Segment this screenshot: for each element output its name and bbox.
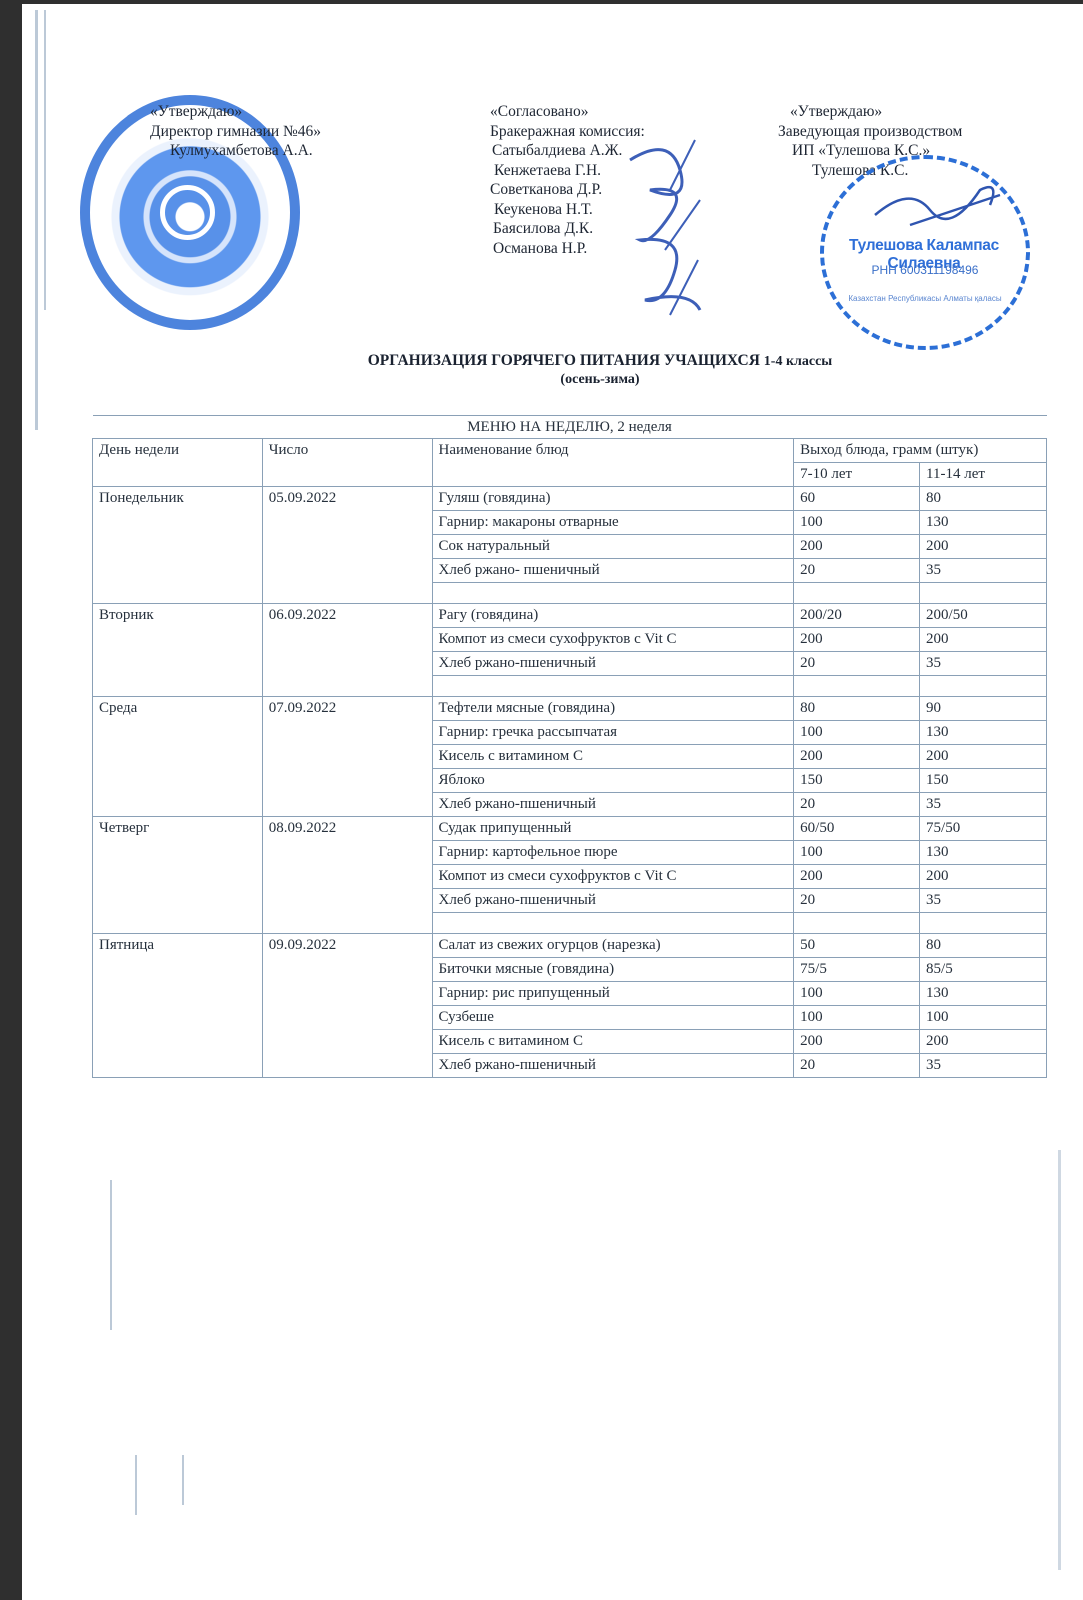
table-row: Пятница09.09.2022Салат из свежих огурцов… (93, 934, 1047, 958)
dish-cell: Хлеб ржано- пшеничный (432, 559, 794, 583)
yield-11-14-cell: 100 (920, 1006, 1047, 1030)
day-cell: Вторник (93, 604, 263, 697)
yield-7-10-cell: 20 (794, 559, 920, 583)
header-day: День недели (93, 439, 263, 487)
table-row: Среда07.09.2022Тефтели мясные (говядина)… (93, 697, 1047, 721)
day-cell: Четверг (93, 817, 263, 934)
yield-7-10-cell: 200 (794, 745, 920, 769)
yield-11-14-cell: 35 (920, 1054, 1047, 1078)
empty-cell (432, 676, 794, 697)
dish-cell: Хлеб ржано-пшеничный (432, 793, 794, 817)
dish-cell: Сок натуральный (432, 535, 794, 559)
dish-cell: Яблоко (432, 769, 794, 793)
date-cell: 08.09.2022 (262, 817, 432, 934)
dish-cell: Сузбеше (432, 1006, 794, 1030)
dish-cell: Гарнир: картофельное пюре (432, 841, 794, 865)
date-cell: 06.09.2022 (262, 604, 432, 697)
yield-7-10-cell: 100 (794, 511, 920, 535)
approval-heading: «Утверждаю» (150, 102, 321, 122)
yield-11-14-cell: 130 (920, 841, 1047, 865)
dish-cell: Компот из смеси сухофруктов с Vit C (432, 865, 794, 889)
yield-7-10-cell: 50 (794, 934, 920, 958)
scan-artifact (135, 1455, 137, 1515)
table-caption-row: МЕНЮ НА НЕДЕЛЮ, 2 неделя (93, 416, 1047, 439)
dish-cell: Рагу (говядина) (432, 604, 794, 628)
table-row: Вторник06.09.2022Рагу (говядина)200/2020… (93, 604, 1047, 628)
document-title: ОРГАНИЗАЦИЯ ГОРЯЧЕГО ПИТАНИЯ УЧАЩИХСЯ 1-… (0, 352, 1083, 370)
yield-11-14-cell: 35 (920, 889, 1047, 913)
empty-cell (432, 913, 794, 934)
yield-11-14-cell: 130 (920, 511, 1047, 535)
empty-cell (432, 583, 794, 604)
yield-11-14-cell: 200 (920, 628, 1047, 652)
approval-heading: «Утверждаю» (790, 102, 962, 122)
yield-11-14-cell: 150 (920, 769, 1047, 793)
yield-7-10-cell: 200 (794, 1030, 920, 1054)
document-subtitle: (осень-зима) (0, 372, 1083, 388)
yield-7-10-cell: 100 (794, 721, 920, 745)
yield-11-14-cell: 85/5 (920, 958, 1047, 982)
empty-cell (920, 583, 1047, 604)
day-cell: Среда (93, 697, 263, 817)
dish-cell: Гарнир: гречка рассыпчатая (432, 721, 794, 745)
dish-cell: Тефтели мясные (говядина) (432, 697, 794, 721)
table-row: Понедельник05.09.2022Гуляш (говядина)608… (93, 487, 1047, 511)
scan-artifact (1058, 1150, 1061, 1570)
yield-7-10-cell: 20 (794, 652, 920, 676)
day-cell: Понедельник (93, 487, 263, 604)
signature-icon (870, 175, 1010, 235)
header-dish: Наименование блюд (432, 439, 794, 487)
date-cell: 07.09.2022 (262, 697, 432, 817)
viewer-left-edge (0, 0, 22, 1600)
yield-11-14-cell: 35 (920, 652, 1047, 676)
stamp-text: Казахстан Республикасы Алматы қаласы (844, 294, 1006, 304)
empty-cell (794, 676, 920, 697)
yield-11-14-cell: 200 (920, 535, 1047, 559)
scan-artifact (110, 1180, 112, 1330)
yield-11-14-cell: 90 (920, 697, 1047, 721)
yield-7-10-cell: 20 (794, 889, 920, 913)
dish-cell: Гуляш (говядина) (432, 487, 794, 511)
empty-cell (920, 913, 1047, 934)
dish-cell: Хлеб ржано-пшеничный (432, 1054, 794, 1078)
dish-cell: Гарнир: рис припущенный (432, 982, 794, 1006)
menu-table: МЕНЮ НА НЕДЕЛЮ, 2 неделя День недели Чис… (92, 415, 1047, 1078)
approval-name: Кулмухамбетова А.А. (150, 141, 321, 161)
header-age-11-14: 11-14 лет (920, 463, 1047, 487)
approval-position: Директор гимназии №46» (150, 122, 321, 142)
day-cell: Пятница (93, 934, 263, 1078)
yield-7-10-cell: 100 (794, 982, 920, 1006)
title-class: 1-4 классы (764, 354, 832, 369)
dish-cell: Хлеб ржано-пшеничный (432, 889, 794, 913)
yield-11-14-cell: 200 (920, 1030, 1047, 1054)
yield-7-10-cell: 200/20 (794, 604, 920, 628)
yield-7-10-cell: 60 (794, 487, 920, 511)
yield-11-14-cell: 75/50 (920, 817, 1047, 841)
yield-7-10-cell: 60/50 (794, 817, 920, 841)
dish-cell: Компот из смеси сухофруктов с Vit C (432, 628, 794, 652)
yield-7-10-cell: 200 (794, 535, 920, 559)
stamp-rnn: РНН 600311198496 (824, 263, 1026, 277)
yield-11-14-cell: 35 (920, 559, 1047, 583)
header-date: Число (262, 439, 432, 487)
scan-artifact (182, 1455, 184, 1505)
dish-cell: Биточки мясные (говядина) (432, 958, 794, 982)
yield-11-14-cell: 200/50 (920, 604, 1047, 628)
yield-7-10-cell: 150 (794, 769, 920, 793)
approval-position: Заведующая производством (778, 122, 962, 142)
empty-cell (794, 583, 920, 604)
yield-7-10-cell: 100 (794, 841, 920, 865)
date-cell: 05.09.2022 (262, 487, 432, 604)
signature-icon (610, 130, 720, 320)
dish-cell: Кисель с витамином С (432, 745, 794, 769)
yield-11-14-cell: 200 (920, 745, 1047, 769)
approval-heading: «Согласовано» (490, 102, 645, 122)
dish-cell: Гарнир: макароны отварные (432, 511, 794, 535)
dish-cell: Салат из свежих огурцов (нарезка) (432, 934, 794, 958)
yield-11-14-cell: 80 (920, 934, 1047, 958)
yield-7-10-cell: 100 (794, 1006, 920, 1030)
dish-cell: Судак припущенный (432, 817, 794, 841)
yield-11-14-cell: 130 (920, 721, 1047, 745)
yield-11-14-cell: 200 (920, 865, 1047, 889)
dish-cell: Хлеб ржано-пшеничный (432, 652, 794, 676)
header-yield: Выход блюда, грамм (штук) (794, 439, 1047, 463)
title-text: ОРГАНИЗАЦИЯ ГОРЯЧЕГО ПИТАНИЯ УЧАЩИХСЯ (368, 352, 760, 369)
scan-artifact (44, 10, 46, 310)
yield-7-10-cell: 20 (794, 793, 920, 817)
yield-7-10-cell: 20 (794, 1054, 920, 1078)
empty-cell (920, 676, 1047, 697)
date-cell: 09.09.2022 (262, 934, 432, 1078)
dish-cell: Кисель с витамином С (432, 1030, 794, 1054)
header-age-7-10: 7-10 лет (794, 463, 920, 487)
yield-7-10-cell: 200 (794, 628, 920, 652)
yield-7-10-cell: 80 (794, 697, 920, 721)
yield-11-14-cell: 80 (920, 487, 1047, 511)
approval-block-director: «Утверждаю» Директор гимназии №46» Кулму… (150, 102, 321, 161)
empty-cell (794, 913, 920, 934)
yield-7-10-cell: 75/5 (794, 958, 920, 982)
table-header-row: День недели Число Наименование блюд Выхо… (93, 439, 1047, 463)
table-row: Четверг08.09.2022Судак припущенный60/507… (93, 817, 1047, 841)
yield-7-10-cell: 200 (794, 865, 920, 889)
table-caption: МЕНЮ НА НЕДЕЛЮ, 2 неделя (93, 416, 1047, 439)
yield-11-14-cell: 130 (920, 982, 1047, 1006)
yield-11-14-cell: 35 (920, 793, 1047, 817)
